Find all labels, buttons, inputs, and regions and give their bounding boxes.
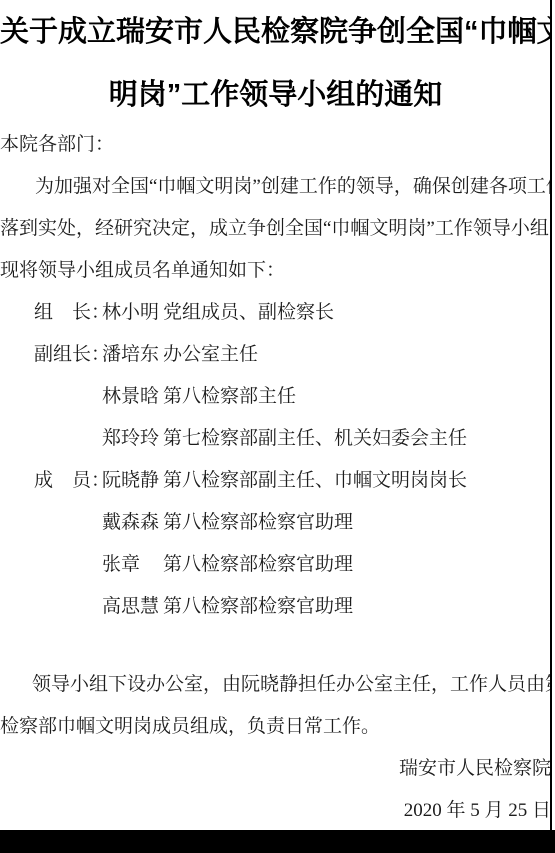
closing-line: 检察部巾帼文明岗成员组成，负责日常工作。 xyxy=(0,706,551,748)
bottom-black-bar xyxy=(0,830,555,853)
roster-job-title: 第八检察部检察官助理 xyxy=(163,502,353,544)
roster-job-title: 第八检察部检察官助理 xyxy=(163,586,353,628)
roster-row: 高思慧 第八检察部检察官助理 xyxy=(0,586,551,628)
roster-role-label xyxy=(34,376,102,418)
roster-role-label xyxy=(34,544,102,586)
roster-name: 高思慧 xyxy=(102,586,163,628)
roster-role-label: 组 长： xyxy=(34,292,102,334)
document-content-area: 关于成立瑞安市人民检察院争创全国“巾帼文 明岗”工作领导小组的通知 本院各部门：… xyxy=(0,0,551,853)
roster-name: 张章 xyxy=(102,544,163,586)
roster-row: 组 长： 林小明 党组成员、副检察长 xyxy=(0,292,551,334)
roster-name: 潘培东 xyxy=(102,334,163,376)
roster-row: 张章 第八检察部检察官助理 xyxy=(0,544,551,586)
roster-role-label: 成 员： xyxy=(34,460,102,502)
paragraph-line: 落到实处，经研究决定，成立争创全国“巾帼文明岗”工作领导小组， xyxy=(0,208,551,250)
roster-job-title: 第八检察部主任 xyxy=(163,376,296,418)
notice-title: 关于成立瑞安市人民检察院争创全国“巾帼文 明岗”工作领导小组的通知 xyxy=(0,1,551,127)
roster-name: 林小明 xyxy=(102,292,163,334)
roster-name: 林景晗 xyxy=(102,376,163,418)
notice-body: 本院各部门： 为加强对全国“巾帼文明岗”创建工作的领导，确保创建各项工作 落到实… xyxy=(0,124,551,832)
roster-job-title: 第七检察部副主任、机关妇委会主任 xyxy=(163,418,467,460)
roster-job-title: 办公室主任 xyxy=(163,334,258,376)
roster-role-label: 副组长： xyxy=(34,334,102,376)
page-right-border-line xyxy=(550,0,552,830)
document-page: 关于成立瑞安市人民检察院争创全国“巾帼文 明岗”工作领导小组的通知 本院各部门：… xyxy=(0,0,555,853)
paragraph-line: 为加强对全国“巾帼文明岗”创建工作的领导，确保创建各项工作 xyxy=(0,166,551,208)
roster-name: 阮晓静 xyxy=(102,460,163,502)
date-line: 2020 年 5 月 25 日 xyxy=(0,790,551,832)
roster-row: 副组长： 潘培东 办公室主任 xyxy=(0,334,551,376)
notice-title-line-1: 关于成立瑞安市人民检察院争创全国“巾帼文 xyxy=(0,1,551,64)
notice-title-line-2: 明岗”工作领导小组的通知 xyxy=(0,64,551,127)
roster-job-title: 第八检察部副主任、巾帼文明岗岗长 xyxy=(163,460,467,502)
roster-role-label xyxy=(34,502,102,544)
signature: 瑞安市人民检察院 xyxy=(0,748,551,790)
salutation: 本院各部门： xyxy=(0,124,551,166)
roster-role-label xyxy=(34,586,102,628)
roster-role-label xyxy=(34,418,102,460)
roster-job-title: 党组成员、副检察长 xyxy=(163,292,334,334)
paragraph-line: 现将领导小组成员名单通知如下： xyxy=(0,250,551,292)
roster-row: 郑玲玲 第七检察部副主任、机关妇委会主任 xyxy=(0,418,551,460)
closing-line: 领导小组下设办公室，由阮晓静担任办公室主任，工作人员由第八 xyxy=(0,664,551,706)
paragraph-gap xyxy=(0,628,551,664)
roster-row: 成 员： 阮晓静 第八检察部副主任、巾帼文明岗岗长 xyxy=(0,460,551,502)
roster-job-title: 第八检察部检察官助理 xyxy=(163,544,353,586)
roster-name: 郑玲玲 xyxy=(102,418,163,460)
roster-row: 戴森森 第八检察部检察官助理 xyxy=(0,502,551,544)
roster-name: 戴森森 xyxy=(102,502,163,544)
roster-row: 林景晗 第八检察部主任 xyxy=(0,376,551,418)
